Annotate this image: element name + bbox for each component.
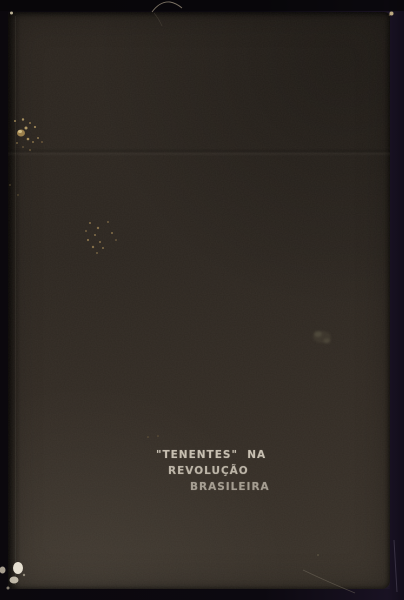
stamp-line-1: "TENENTES" NA bbox=[156, 450, 266, 461]
cloth-grain-texture bbox=[8, 12, 390, 589]
stamp-line-3: BRASILEIRA bbox=[190, 482, 270, 493]
stamp-line-2: REVOLUÇÃO bbox=[168, 466, 249, 477]
book-front-cover bbox=[8, 12, 390, 589]
page-edge-highlight bbox=[394, 540, 397, 592]
book-cover-photo: "TENENTES" NA REVOLUÇÃO BRASILEIRA bbox=[0, 0, 404, 600]
